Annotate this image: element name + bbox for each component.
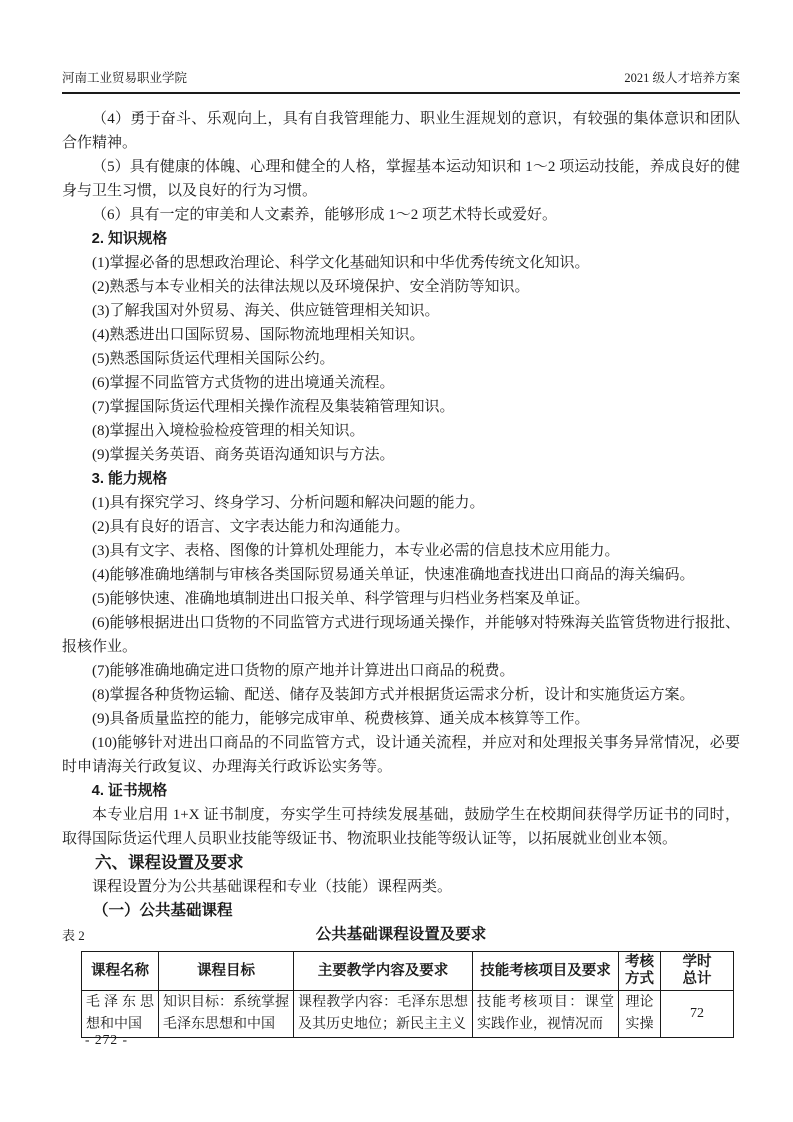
table-row: 毛泽东思想和中国 知识目标：系统掌握毛泽东思想和中国 课程教学内容：毛泽东思想及… — [82, 991, 734, 1038]
column-header-objectives: 课程目标 — [159, 952, 294, 991]
paragraph: (2)熟悉与本专业相关的法律法规以及环境保护、安全消防等知识。 — [62, 275, 740, 299]
paragraph: (9)具备质量监控的能力，能够完成审单、税费核算、通关成本核算等工作。 — [62, 707, 740, 731]
cell-objectives: 知识目标：系统掌握毛泽东思想和中国 — [159, 991, 294, 1038]
heading-course-setup: 六、课程设置及要求 — [62, 851, 740, 875]
table-caption-row: 表 2 公共基础课程设置及要求 — [62, 923, 740, 947]
paragraph: (2)具有良好的语言、文字表达能力和沟通能力。 — [62, 515, 740, 539]
paragraph: (9)掌握关务英语、商务英语沟通知识与方法。 — [62, 443, 740, 467]
page-header: 河南工业贸易职业学院 2021 级人才培养方案 — [62, 70, 740, 94]
heading-ability-specs: 3. 能力规格 — [62, 467, 740, 491]
column-header-total-hours: 学时 总计 — [661, 952, 734, 991]
paragraph: (1)具有探究学习、终身学习、分析问题和解决问题的能力。 — [62, 491, 740, 515]
column-header-method: 考核 方式 — [619, 952, 661, 991]
table-header-row: 课程名称 课程目标 主要教学内容及要求 技能考核项目及要求 考核 方式 学时 总… — [82, 952, 734, 991]
cell-method: 理论 实操 — [619, 991, 661, 1038]
course-table: 课程名称 课程目标 主要教学内容及要求 技能考核项目及要求 考核 方式 学时 总… — [81, 951, 734, 1038]
cell-total-hours: 72 — [661, 991, 734, 1038]
paragraph: (4)能够准确地缮制与审核各类国际贸易通关单证，快速准确地查找进出口商品的海关编… — [62, 563, 740, 587]
header-school-name: 河南工业贸易职业学院 — [62, 70, 187, 86]
paragraph: (1)掌握必备的思想政治理论、科学文化基础知识和中华优秀传统文化知识。 — [62, 251, 740, 275]
paragraph: (3)具有文字、表格、图像的计算机处理能力，本专业必需的信息技术应用能力。 — [62, 539, 740, 563]
paragraph: （5）具有健康的体魄、心理和健全的人格，掌握基本运动知识和 1～2 项运动技能，… — [62, 155, 740, 203]
paragraph: (8)掌握出入境检验检疫管理的相关知识。 — [62, 419, 740, 443]
paragraph: (5)熟悉国际货运代理相关国际公约。 — [62, 347, 740, 371]
course-table-body: 毛泽东思想和中国 知识目标：系统掌握毛泽东思想和中国 课程教学内容：毛泽东思想及… — [82, 991, 734, 1038]
paragraph: (7)能够准确地确定进口货物的原产地并计算进出口商品的税费。 — [62, 659, 740, 683]
paragraph: (7)掌握国际货运代理相关操作流程及集装箱管理知识。 — [62, 395, 740, 419]
paragraph: (5)能够快速、准确地填制进出口报关单、科学管理与归档业务档案及单证。 — [62, 587, 740, 611]
cell-teaching-content: 课程教学内容：毛泽东思想及其历史地位；新民主主义 — [294, 991, 473, 1038]
column-header-skill-assessment: 技能考核项目及要求 — [473, 952, 619, 991]
paragraph: （4）勇于奋斗、乐观向上，具有自我管理能力、职业生涯规划的意识，有较强的集体意识… — [62, 107, 740, 155]
document-page: 河南工业贸易职业学院 2021 级人才培养方案 （4）勇于奋斗、乐观向上，具有自… — [0, 0, 793, 1122]
paragraph: (3)了解我国对外贸易、海关、供应链管理相关知识。 — [62, 299, 740, 323]
header-plan-title: 2021 级人才培养方案 — [624, 70, 740, 86]
paragraph: (10)能够针对进出口商品的不同监管方式，设计通关流程，并应对和处理报关事务异常… — [62, 731, 740, 779]
heading-knowledge-specs: 2. 知识规格 — [62, 227, 740, 251]
paragraph: (8)掌握各种货物运输、配送、储存及装卸方式并根据货运需求分析，设计和实施货运方… — [62, 683, 740, 707]
column-header-teaching-content: 主要教学内容及要求 — [294, 952, 473, 991]
table-title: 公共基础课程设置及要求 — [62, 923, 740, 947]
paragraph: (4)熟悉进出口国际贸易、国际物流地理相关知识。 — [62, 323, 740, 347]
cell-skill-assessment: 技能考核项目：课堂实践作业，视情况而 — [473, 991, 619, 1038]
page-number: - 272 - — [85, 1032, 128, 1048]
paragraph: 本专业启用 1+X 证书制度，夯实学生可持续发展基础，鼓励学生在校期间获得学历证… — [62, 803, 740, 851]
table-label: 表 2 — [62, 924, 85, 948]
cell-course-name: 毛泽东思想和中国 — [82, 991, 159, 1038]
heading-certificate-specs: 4. 证书规格 — [62, 779, 740, 803]
paragraph: 课程设置分为公共基础课程和专业（技能）课程两类。 — [62, 875, 740, 899]
document-body: （4）勇于奋斗、乐观向上，具有自我管理能力、职业生涯规划的意识，有较强的集体意识… — [62, 94, 740, 1038]
column-header-course-name: 课程名称 — [82, 952, 159, 991]
heading-public-basic-courses: （一）公共基础课程 — [62, 899, 740, 923]
paragraph: (6)能够根据进出口货物的不同监管方式进行现场通关操作，并能够对特殊海关监管货物… — [62, 611, 740, 659]
paragraph: (6)掌握不同监管方式货物的进出境通关流程。 — [62, 371, 740, 395]
course-table-header: 课程名称 课程目标 主要教学内容及要求 技能考核项目及要求 考核 方式 学时 总… — [82, 952, 734, 991]
paragraph: （6）具有一定的审美和人文素养，能够形成 1～2 项艺术特长或爱好。 — [62, 203, 740, 227]
